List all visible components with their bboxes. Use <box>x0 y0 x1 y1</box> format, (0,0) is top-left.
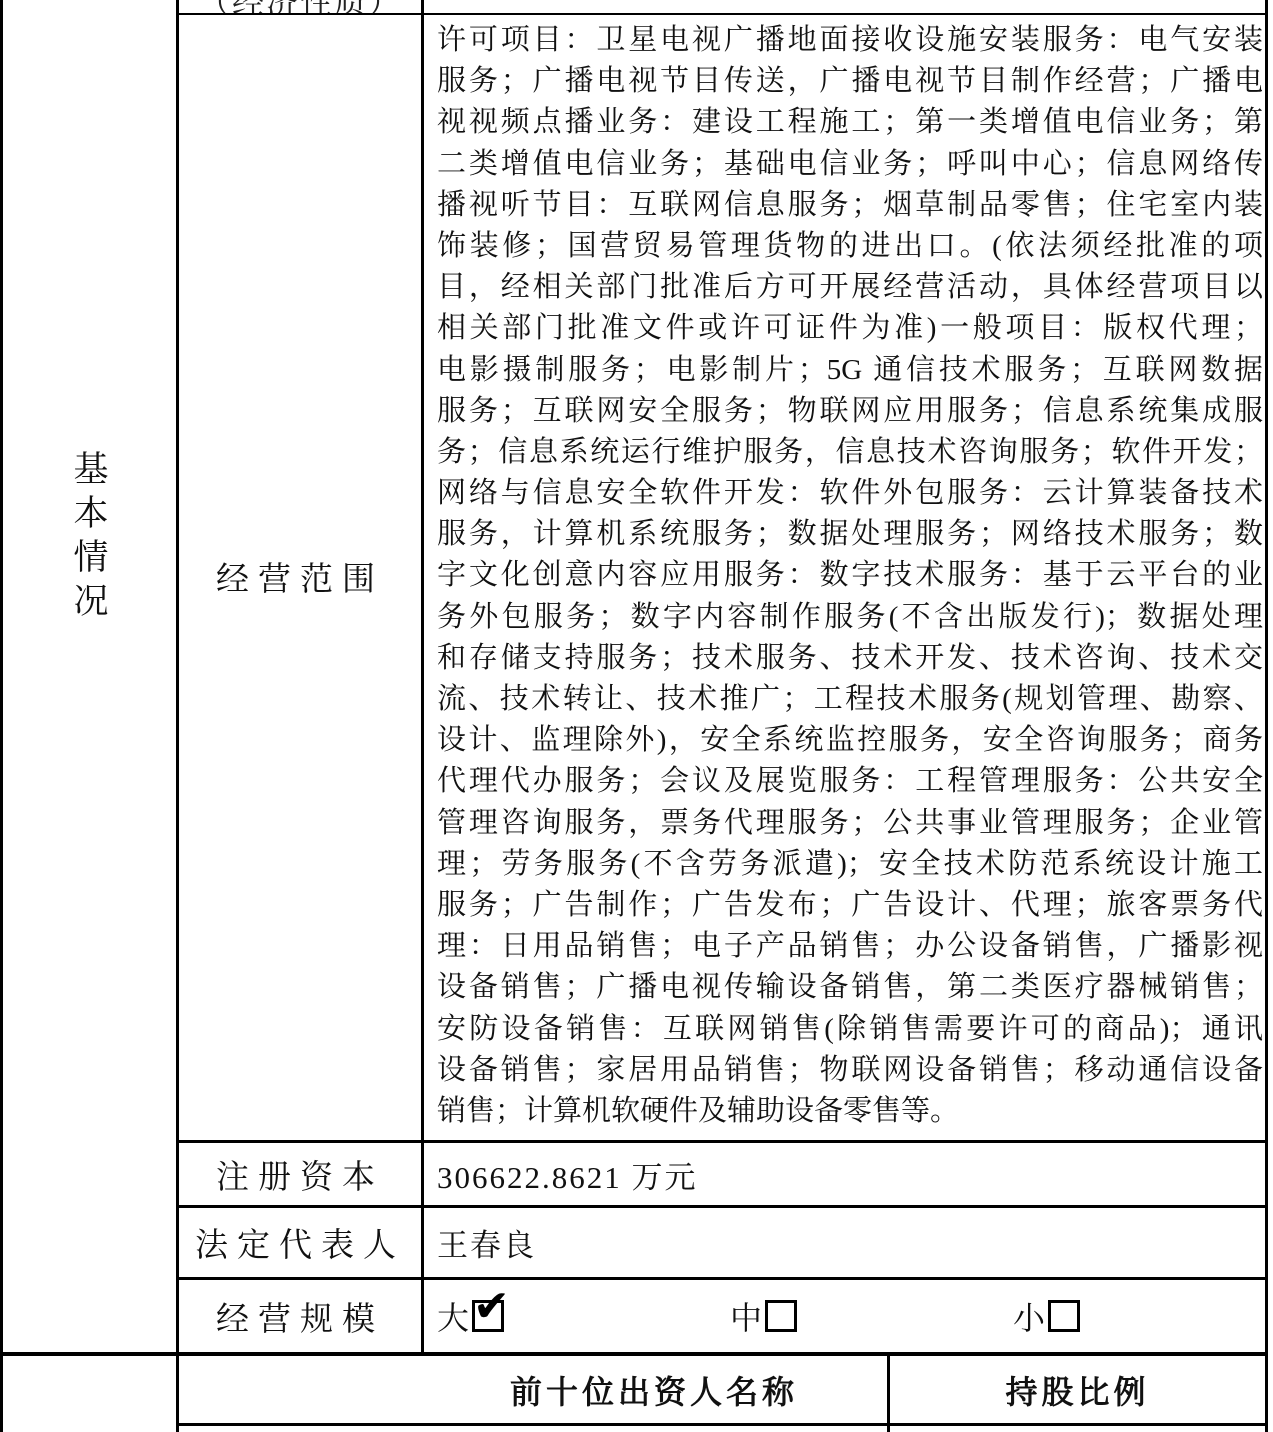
business-scale-label-cell: 经营规模 <box>179 1280 421 1352</box>
shareholding-ratio-header: 持股比例 <box>1005 1367 1149 1413</box>
business-scope-line: 服务；互联网安全服务；物联网应用服务；信息系统集成服 <box>437 391 1263 432</box>
check-icon: ✔ <box>473 1285 510 1329</box>
business-scope-label-cell: 经营范围 <box>179 13 421 1140</box>
scale-option-large: 大 ✔ <box>437 1280 504 1352</box>
business-scope-line: 服务，计算机系统服务；数据处理服务；网络技术服务；数 <box>437 514 1263 555</box>
checkbox-medium-empty[interactable] <box>765 1300 797 1332</box>
business-scope-line: 设备销售；家居用品销售；物联网设备销售；移动通信设备 <box>437 1050 1263 1091</box>
business-scope-line: 和存储支持服务；技术服务、技术开发、技术咨询、技术交 <box>437 638 1263 679</box>
business-scope-line: 务外包服务；数字内容制作服务(不含出版发行)；数据处理 <box>437 597 1263 638</box>
business-scope-line: 流、技术转让、技术推广；工程技术服务(规划管理、勘察、 <box>437 679 1263 720</box>
scale-option-medium: 中 <box>730 1280 797 1352</box>
business-scale-options: 大 ✔ 中 小 <box>424 1280 1265 1352</box>
business-scope-line: 二类增值电信业务；基础电信业务；呼叫中心；信息网络传 <box>437 144 1263 185</box>
business-scope-line: 销售；计算机软硬件及辅助设备零售等。 <box>437 1091 1263 1132</box>
column-divider-label-value <box>421 0 424 1355</box>
legal-representative-label-cell: 法定代表人 <box>179 1208 421 1277</box>
business-scope-text: 许可项目：卫星电视广播地面接收设施安装服务：电气安装服务；广播电视节目传送，广播… <box>437 20 1263 1132</box>
business-scope-line: 字文化创意内容应用服务：数字技术服务：基于云平台的业 <box>437 555 1263 596</box>
scale-option-small-label: 小 <box>1013 1293 1045 1339</box>
scale-option-medium-label: 中 <box>730 1293 762 1339</box>
shareholding-ratio-header-cell: 持股比例 <box>890 1356 1265 1423</box>
business-scope-line: 设计、监理除外)，安全系统监控服务，安全咨询服务；商务 <box>437 720 1263 761</box>
legal-representative-label: 法定代表人 <box>195 1219 405 1266</box>
company-basic-info-form: （经济性质） 基本情况 经营范围 许可项目：卫星电视广播地面接收设施安装服务：电… <box>0 0 1273 1432</box>
business-scale-label: 经营规模 <box>216 1293 384 1340</box>
economic-nature-label: （经济性质） <box>179 0 421 13</box>
scale-option-small: 小 <box>1013 1280 1080 1352</box>
scale-option-large-label: 大 <box>437 1293 469 1339</box>
business-scope-line: 视视频点播业务：建设工程施工；第一类增值电信业务；第 <box>437 102 1263 143</box>
business-scope-line: 许可项目：卫星电视广播地面接收设施安装服务：电气安装 <box>437 20 1263 61</box>
business-scope-line: 目，经相关部门批准后方可开展经营活动，具体经营项目以 <box>437 267 1263 308</box>
table-left-border <box>0 0 3 1432</box>
business-scope-line: 网络与信息安全软件开发：软件外包服务：云计算装备技术 <box>437 473 1263 514</box>
business-scope-line: 设备销售；广播电视传输设备销售，第二类医疗器械销售； <box>437 967 1263 1008</box>
business-scope-line: 理：日用品销售；电子产品销售；办公设备销售，广播影视 <box>437 926 1263 967</box>
cropped-row-label: （经济性质） <box>179 0 421 13</box>
row-divider-header-bottom <box>176 1423 1268 1426</box>
business-scope-line: 管理咨询服务，票务代理服务；公共事业管理服务；企业管 <box>437 803 1263 844</box>
section-title: 基本情况 <box>63 450 113 626</box>
checkbox-small-empty[interactable] <box>1048 1300 1080 1332</box>
registered-capital-value: 306622.8621 万元 <box>437 1143 1263 1205</box>
business-scope-line: 务；信息系统运行维护服务，信息技术咨询服务；软件开发； <box>437 432 1263 473</box>
business-scope-line: 播视听节目：互联网信息服务；烟草制品零售；住宅室内装 <box>437 185 1263 226</box>
registered-capital-label-cell: 注册资本 <box>179 1143 421 1205</box>
checkbox-large-checked[interactable]: ✔ <box>472 1300 504 1332</box>
registered-capital-label: 注册资本 <box>216 1151 384 1198</box>
business-scope-line: 电影摄制服务；电影制片；5G 通信技术服务；互联网数据 <box>437 350 1263 391</box>
table-right-border <box>1265 0 1268 1432</box>
business-scope-line: 安防设备销售：互联网销售(除销售需要许可的商品)；通讯 <box>437 1009 1263 1050</box>
business-scope-line: 服务；广告制作；广告发布；广告设计、代理；旅客票务代 <box>437 885 1263 926</box>
legal-representative-value: 王春良 <box>437 1208 1263 1277</box>
investors-name-header-cell: 前十位出资人名称 <box>421 1356 887 1423</box>
business-scope-line: 服务；广播电视节目传送，广播电视节目制作经营；广播电 <box>437 61 1263 102</box>
section-label-cell: 基本情况 <box>0 448 176 628</box>
business-scope-line: 相关部门批准文件或许可证件为准)一般项目：版权代理； <box>437 308 1263 349</box>
business-scope-line: 饰装修；国营贸易管理货物的进出口。(依法须经批准的项 <box>437 226 1263 267</box>
business-scope-line: 代理代办服务；会议及展览服务：工程管理服务：公共安全 <box>437 761 1263 802</box>
business-scope-line: 理；劳务服务(不含劳务派遣)；安全技术防范系统设计施工 <box>437 844 1263 885</box>
business-scope-label: 经营范围 <box>216 553 384 600</box>
investors-name-header: 前十位出资人名称 <box>510 1367 798 1413</box>
